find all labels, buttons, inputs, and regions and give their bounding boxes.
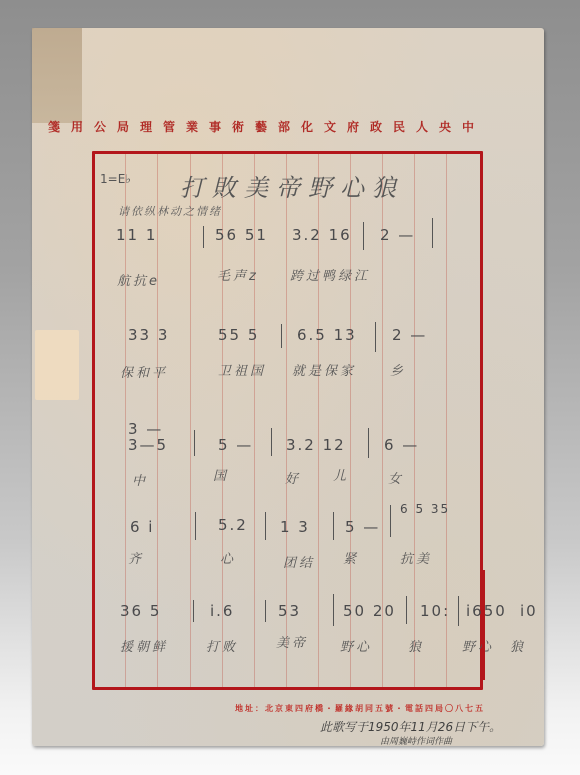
letterhead-footer: 五七八〇局四話電・號五同胡緣羅・橋府四東京北：址地: [135, 703, 485, 714]
note-group: 11 1: [116, 226, 157, 244]
bar-line: [363, 222, 364, 250]
lyric: 心: [220, 548, 236, 567]
bar-line: [390, 505, 391, 537]
note-group: 5 —: [345, 518, 380, 536]
lyric: 卫祖国: [218, 360, 266, 379]
note-group: 10:: [420, 602, 450, 620]
note-group: 50 20: [343, 602, 396, 620]
note-group: 3.2 16: [292, 226, 352, 244]
lyric: 保和平: [120, 362, 168, 381]
bar-line: [281, 324, 282, 348]
note-group: 2 —: [380, 226, 415, 244]
lyric: 抗美: [400, 548, 432, 567]
note-group: 6 i: [130, 518, 154, 536]
bar-line: [406, 596, 407, 624]
frame-right-edge: [482, 570, 485, 680]
letterhead-header: 中央人民政府文化部藝術事業管理局公用箋: [95, 118, 485, 135]
bar-line: [375, 322, 376, 352]
performance-note: 请依纵林动之情绪: [118, 203, 222, 219]
note-group: i650: [466, 602, 507, 620]
note-group: 1 3: [280, 518, 310, 536]
lyric: 航抗e: [117, 270, 160, 289]
author-note: 由周巍峙作词作曲: [380, 734, 452, 747]
note-group: i0: [520, 602, 538, 620]
lyric: 女: [388, 468, 404, 487]
note-group: 3—5: [128, 436, 168, 454]
lyric: 就是保家: [292, 360, 356, 379]
lyric: 毛声z: [217, 265, 259, 284]
bar-line: [271, 428, 272, 456]
note-group: i.6: [210, 602, 234, 620]
paper-stain: [32, 28, 82, 123]
composition-date-note: 此歌写于1950年11月26日下午。: [320, 718, 501, 735]
lyric: 跨过鸭绿江: [290, 265, 370, 284]
bar-line: [193, 600, 194, 622]
column-rule: [190, 154, 191, 687]
note-group: 53: [278, 602, 301, 620]
lyric: 齐: [128, 548, 144, 567]
lyric: 野心: [340, 636, 372, 655]
song-title: 打敗美帝野心狼: [180, 168, 404, 203]
note-group: 36 5: [120, 602, 161, 620]
bar-line: [265, 600, 266, 622]
bar-line: [432, 218, 433, 248]
lyric: 狼: [510, 636, 526, 655]
lyric: 中: [132, 470, 148, 489]
bar-line: [368, 428, 369, 458]
bar-line: [458, 596, 459, 626]
paper-tape-mark: [35, 330, 79, 400]
bar-line: [265, 512, 266, 540]
note-group: 5.2: [218, 516, 248, 534]
lyric: 团结: [283, 552, 315, 571]
note-group: 33 3: [128, 326, 169, 344]
note-group: 6 —: [384, 436, 419, 454]
lyric: 国: [213, 465, 229, 484]
note-group: 2 —: [392, 326, 427, 344]
note-group: 56 51: [215, 226, 268, 244]
lyric: 援朝鲜: [120, 636, 168, 655]
lyric: 儿: [333, 465, 349, 484]
lyric: 好: [285, 468, 301, 487]
lyric: 狼: [408, 636, 424, 655]
bar-line: [194, 430, 195, 456]
bar-line: [195, 512, 196, 540]
note-group: 5 —: [218, 436, 253, 454]
lyric: 野心: [462, 636, 494, 655]
lyric: 紧: [343, 548, 359, 567]
note-group: 6.5 13: [297, 326, 357, 344]
bar-line: [333, 594, 334, 626]
lyric: 乡: [390, 360, 406, 379]
lyric: 打败: [206, 636, 238, 655]
bar-line: [203, 226, 204, 248]
note-group: 55 5: [218, 326, 259, 344]
note-group: 6 5 35: [400, 502, 450, 516]
key-signature: 1=E♭: [100, 172, 131, 186]
bar-line: [333, 512, 334, 540]
lyric: 美帝: [276, 632, 308, 651]
note-group: 3.2 12: [286, 436, 346, 454]
